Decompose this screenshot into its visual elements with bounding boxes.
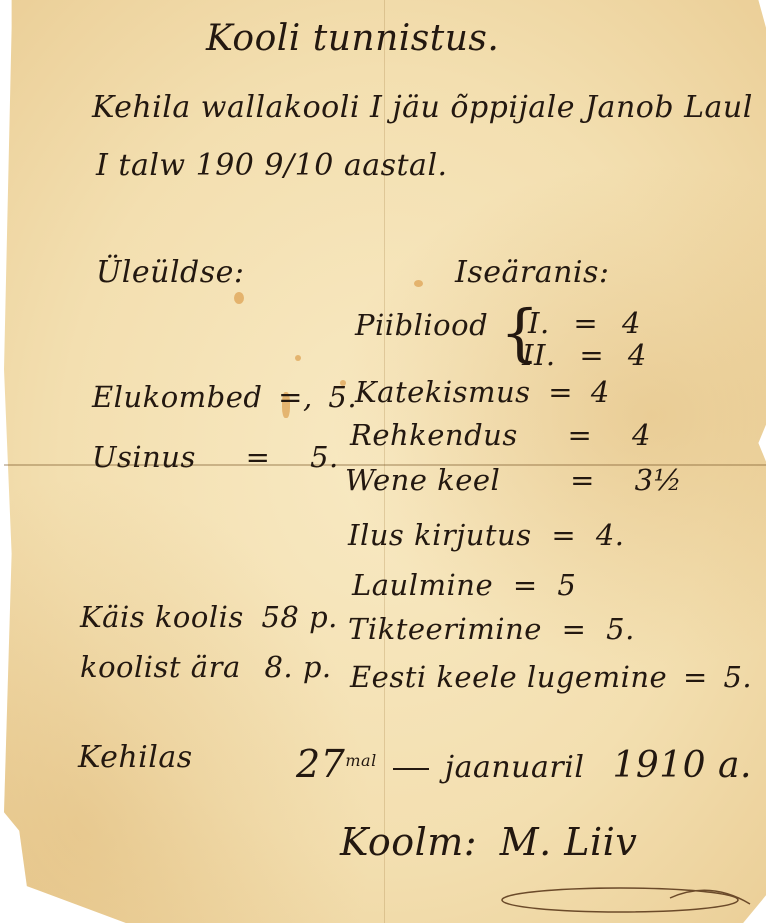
grade-value: 4 [632,418,651,452]
part-label: II. [522,338,556,372]
grade-value: 5. [328,380,357,414]
subject-penmanship: Ilus kirjutus = 4. [348,518,625,552]
subject-catechism: Katekismus = 4 [355,375,610,409]
part-label: I. [528,306,550,340]
subject-name: Usinus [92,440,196,474]
ink-stain [295,355,301,361]
grade-value: 4 [591,375,610,409]
signature: Koolm: M. Liiv [340,820,637,864]
subject-name: Katekismus [355,375,531,409]
date-suffix: mal [345,751,376,770]
subject-bible-stories: Piibliood [355,308,488,342]
ink-stain [414,280,423,287]
subject-arithmetic: Rehkendus = 4 [350,418,651,452]
subject-estonian-reading: Eesti keele lugemine = 5. [350,660,752,694]
subject-name: Elukombed [92,380,262,414]
date-year: 1910 a. [612,745,751,786]
subject-name: Rehkendus [350,418,518,452]
subject-name: Wene keel [345,463,500,497]
subject-name: Tikteerimine [348,612,542,646]
date-month: jaanuaril [445,750,585,785]
subject-singing: Laulmine = 5 [352,568,576,602]
general-grade-row: Usinus = 5. [92,440,339,474]
subject-name: Laulmine [352,568,493,602]
attendance-value: 58 p. [261,600,337,634]
grade-value: 3½ [635,463,683,497]
attendance-present: Käis koolis 58 p. [80,600,338,634]
subject-name: Piibliood [355,308,488,342]
date-day: 27 [296,742,345,786]
heading-line-2: I talw 190 9/10 aastal. [96,148,448,183]
subject-dictation: Tikteerimine = 5. [348,612,635,646]
signature-label: Koolm: [340,820,477,864]
bible-part-1: I. = 4 [528,306,641,340]
grade-value: 5. [606,612,635,646]
bible-part-2: II. = 4 [522,338,647,372]
subject-name: Ilus kirjutus [348,518,532,552]
document-title: Kooli tunnistus. [206,18,499,59]
ink-stain [234,292,244,304]
attendance-label: koolist ära [80,650,241,684]
date-line: 27mal jaanuaril 1910 a. [296,742,752,786]
grade-value: 4 [628,338,647,372]
grade-value: 5 [557,568,576,602]
subject-russian: Wene keel = 3½ [345,463,682,497]
place-text: Kehilas [78,740,193,775]
section-general-label: Üleüldse: [96,255,245,290]
section-specific-label: Iseäranis: [455,255,610,290]
attendance-value: 8. p. [264,650,331,684]
subject-name: Eesti keele lugemine [350,660,667,694]
signature-flourish-icon [500,860,760,920]
grade-value: 4 [622,306,641,340]
grade-value: 5. [310,440,339,474]
general-grade-row: Elukombed =, 5. [92,380,357,414]
attendance-absent: koolist ära 8. p. [80,650,332,684]
heading-line-1: Kehila wallakooli I jäu õppijale Janob L… [92,90,753,125]
grade-value: 5. [723,660,752,694]
signature-name: M. Liiv [500,820,638,864]
grade-value: 4. [596,518,625,552]
attendance-label: Käis koolis [80,600,244,634]
